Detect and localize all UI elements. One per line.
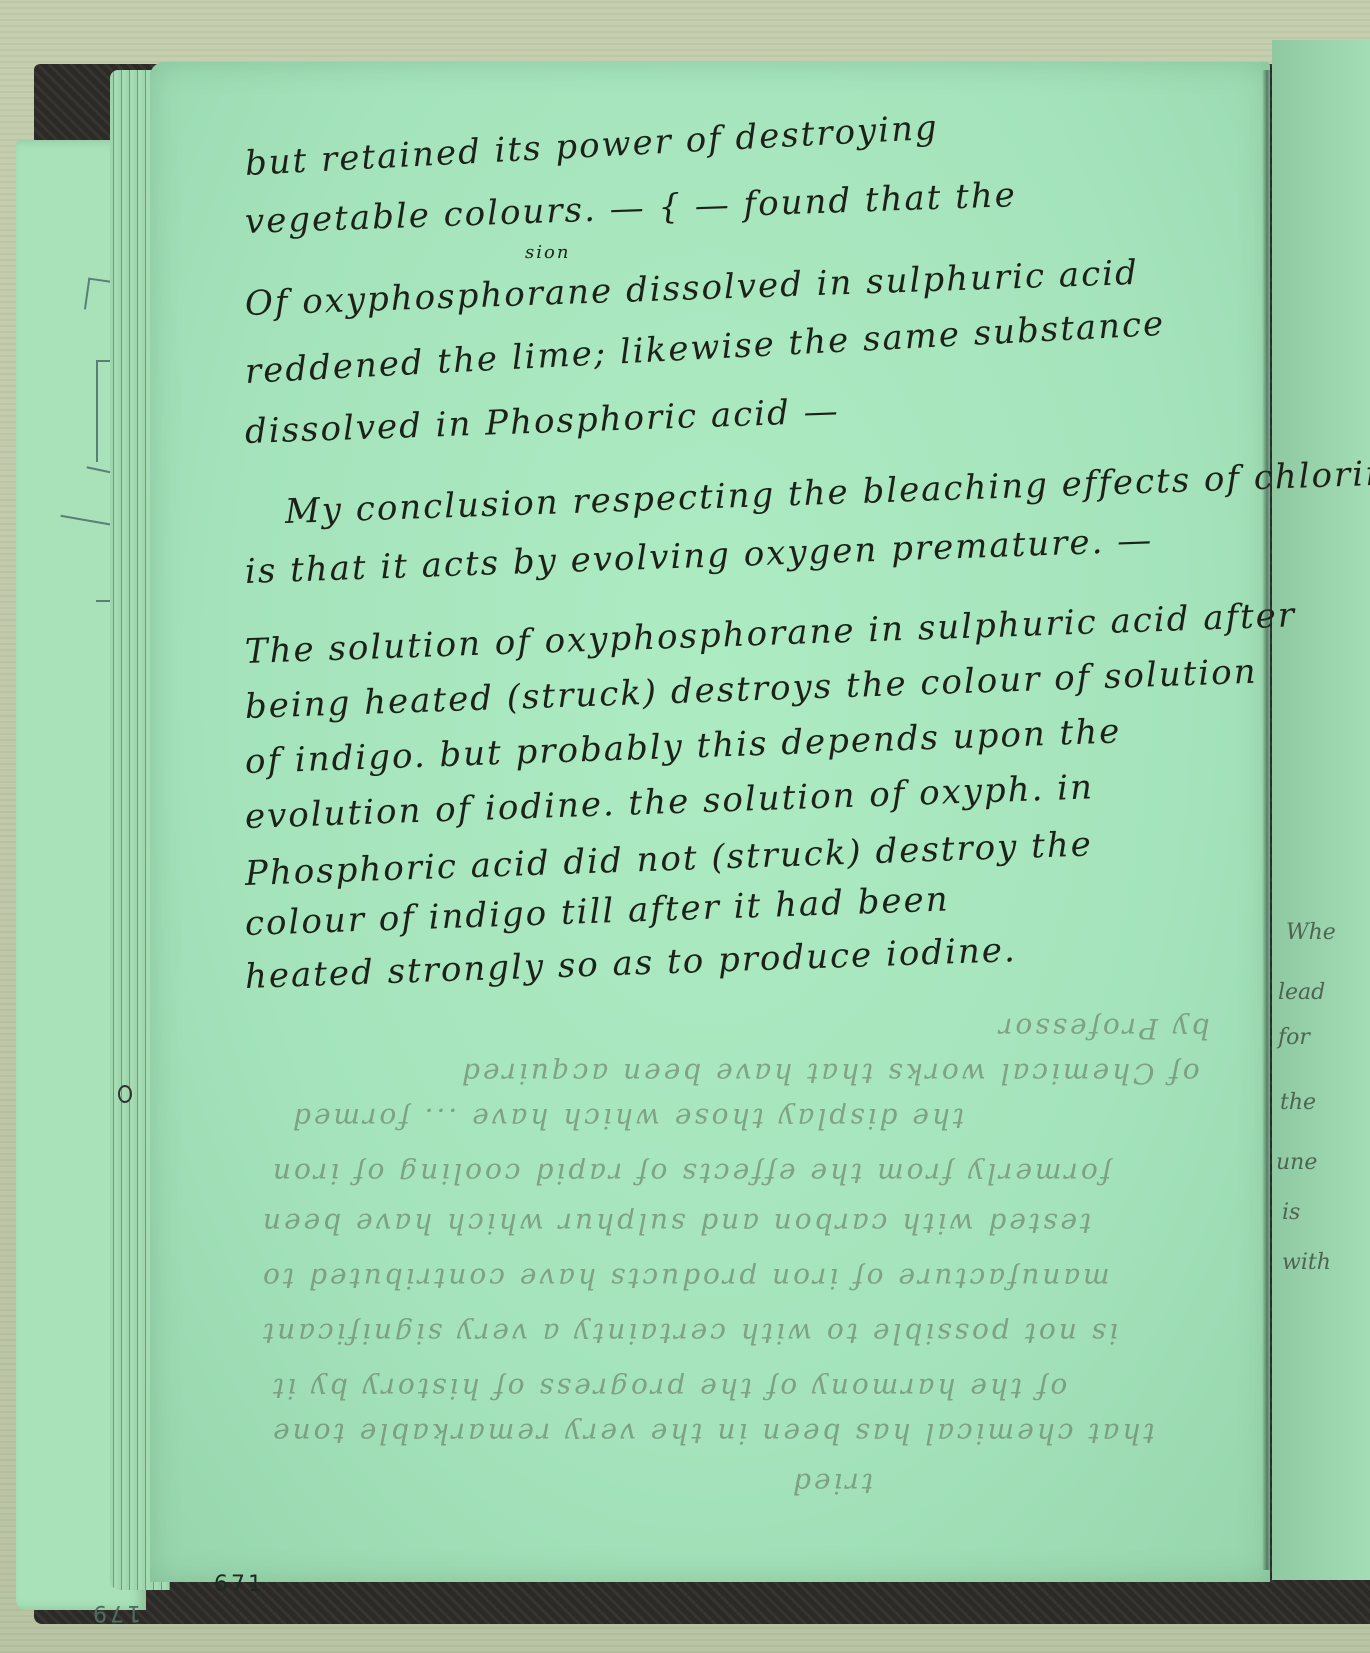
inverted-line: tried xyxy=(790,1467,873,1500)
manuscript-page: but retained its power of destroying veg… xyxy=(150,62,1270,1582)
inverted-line: the display those which have ... formed xyxy=(290,1102,964,1135)
margin-circle-mark xyxy=(118,1085,132,1103)
facing-text: the xyxy=(1280,1090,1316,1115)
text-line: dissolved in Phosphoric acid — xyxy=(244,391,840,452)
inverted-line: manufacture of iron products have contri… xyxy=(260,1262,1110,1295)
inverted-line: of Chemical works that have been acquire… xyxy=(459,1057,1200,1090)
page-number: 671 xyxy=(214,1572,265,1597)
handwritten-body: but retained its power of destroying veg… xyxy=(245,62,1245,962)
text-line: Phosphoric acid did not (struck) destroy… xyxy=(244,824,1093,894)
edge-number: 179 xyxy=(90,1600,141,1625)
inverted-line: of the harmony of the progress of histor… xyxy=(270,1372,1067,1405)
inverted-line: that chemical has been in the very remar… xyxy=(270,1417,1155,1450)
inverted-line: is not possible to with certainty a very… xyxy=(260,1317,1118,1350)
text-line: is that it acts by evolving oxygen prema… xyxy=(244,520,1153,592)
facing-page: Whe lead for the une is with xyxy=(1272,40,1370,1580)
text-line: My conclusion respecting the bleaching e… xyxy=(284,453,1370,532)
facing-text: Whe xyxy=(1286,920,1336,945)
inverted-line: formerly from the effects of rapid cooli… xyxy=(270,1157,1111,1190)
inverted-line: by Professor xyxy=(996,1012,1210,1045)
facing-text: is xyxy=(1282,1200,1300,1225)
facing-text: with xyxy=(1282,1250,1331,1275)
text-line: vegetable colours. — { — found that the xyxy=(244,175,1017,242)
inverted-bleedthrough-text: by Professor of Chemical works that have… xyxy=(230,1012,1230,1532)
insertion-mark: sion xyxy=(525,242,570,263)
text-line: evolution of iodine. the solution of oxy… xyxy=(244,767,1094,837)
inverted-line: tested with carbon and sulphur which hav… xyxy=(260,1207,1091,1240)
book-gutter xyxy=(1262,70,1272,1570)
facing-text: une xyxy=(1276,1150,1317,1175)
facing-text: lead xyxy=(1278,980,1325,1005)
facing-text: for xyxy=(1278,1025,1310,1050)
text-line: but retained its power of destroying xyxy=(244,108,940,184)
